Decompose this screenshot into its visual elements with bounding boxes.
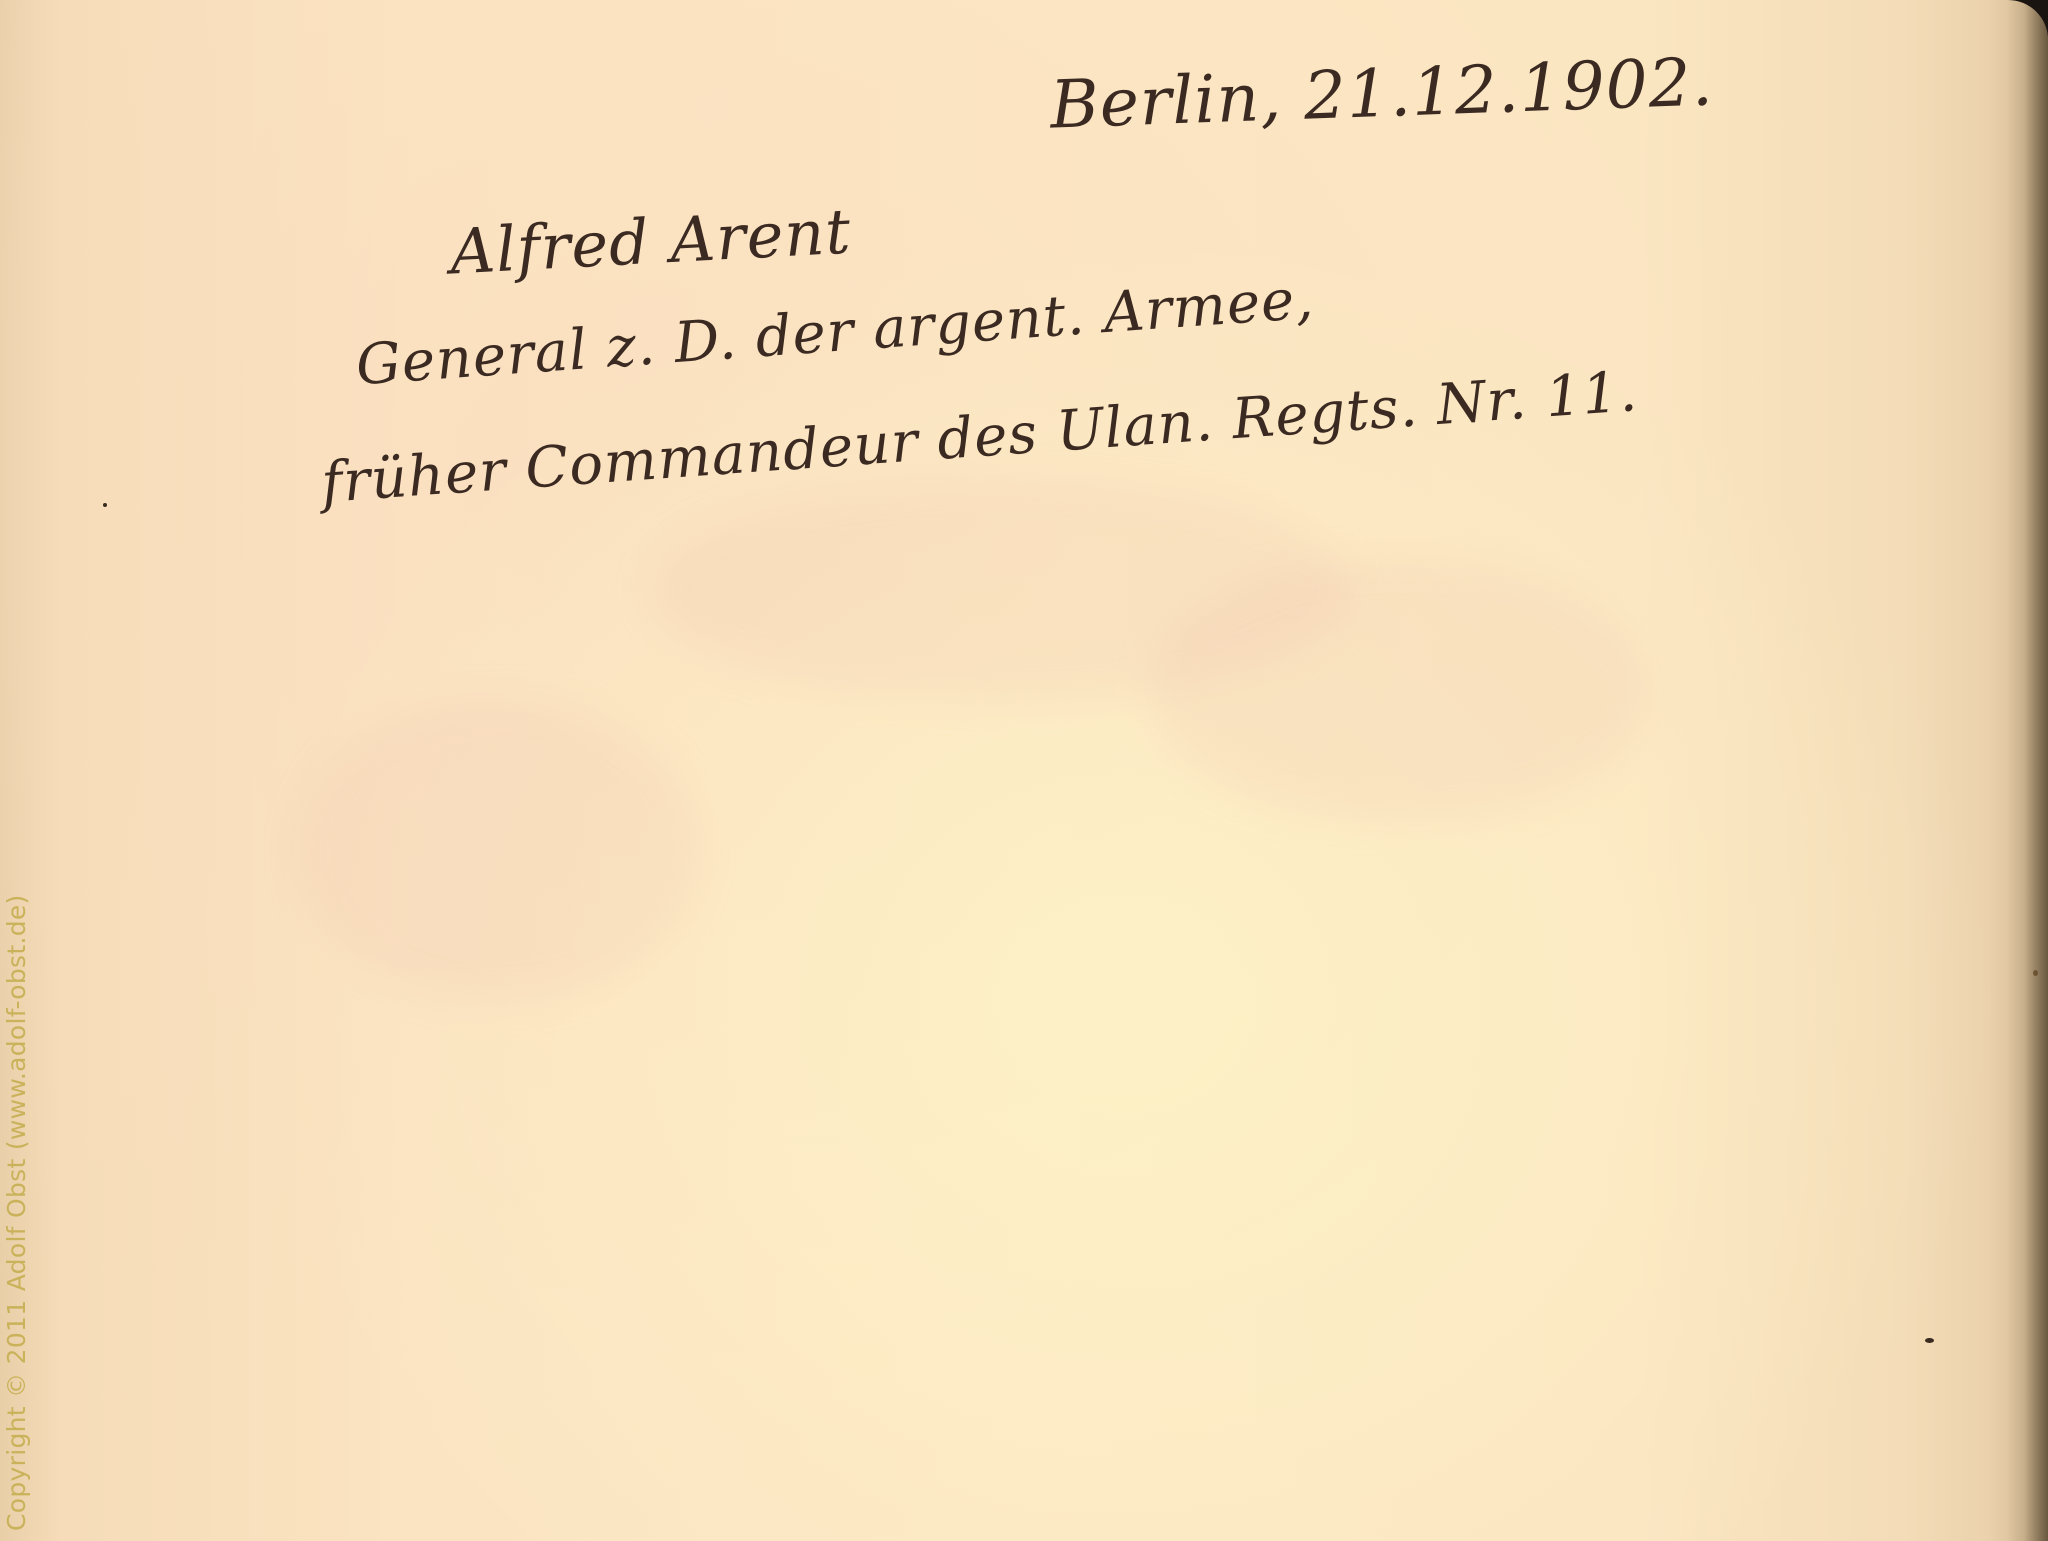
paper-speck: [103, 503, 107, 507]
place-date: Berlin, 21.12.1902.: [1049, 43, 1715, 143]
copyright-watermark: Copyright © 2011 Adolf Obst (www.adolf-o…: [2, 891, 31, 1531]
paper-stain: [300, 700, 700, 1000]
album-page: Berlin, 21.12.1902. Alfred Arent General…: [0, 0, 2048, 1541]
rank-line: General z. D. der argent. Armee,: [354, 267, 1316, 399]
page-edge-shadow: [1988, 0, 2048, 1541]
paper-stain: [1150, 560, 1650, 820]
signature: Alfred Arent: [448, 195, 853, 289]
paper-speck: [1925, 1338, 1934, 1343]
